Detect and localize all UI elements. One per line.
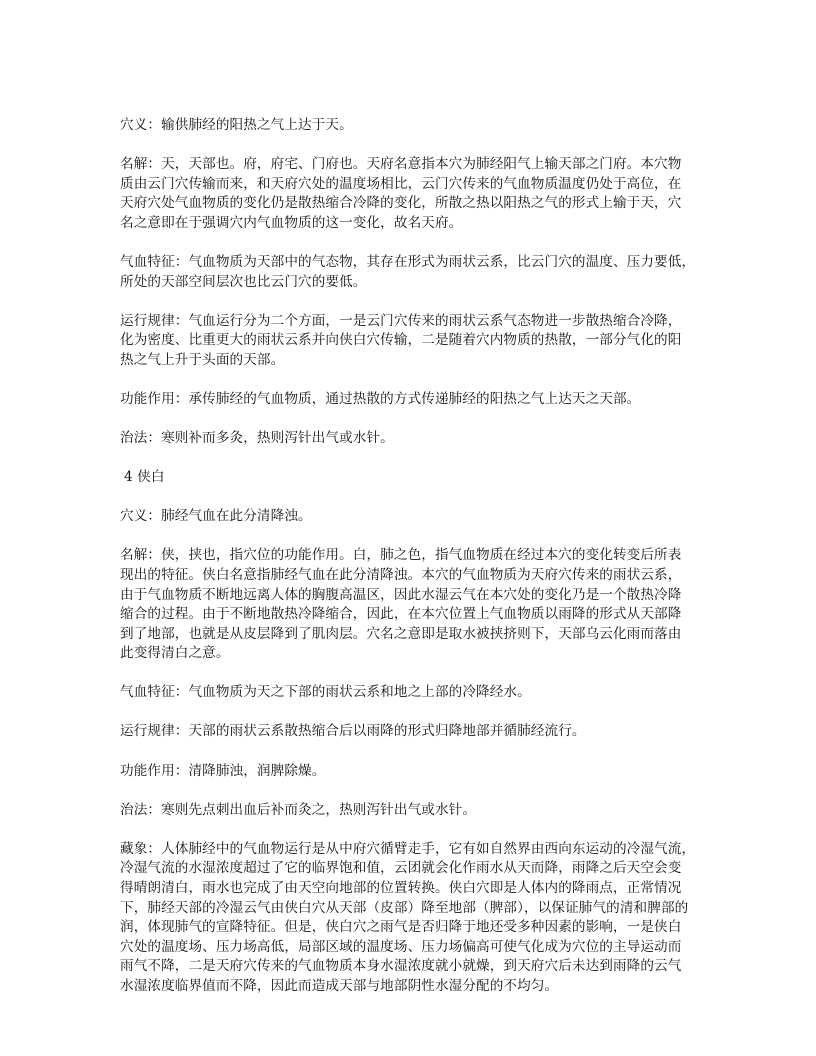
text-line: 此变得清白之意。	[120, 644, 710, 664]
text-line: 气血特征：气血物质为天之下部的雨状云系和地之上部的冷降经水。	[120, 683, 710, 703]
text-line: 功能作用：承传肺经的气血物质，通过热散的方式传递肺经的阳热之气上达天之天部。	[120, 390, 710, 410]
heading-text: 4 侠白	[120, 468, 710, 488]
text-line: 穴义：肺经气血在此分清降浊。	[120, 507, 710, 527]
text-line: 缩合的过程。由于不断地散热冷降缩合，因此，在本穴位置上气血物质以雨降的形式从天部…	[120, 605, 710, 625]
paragraph-gongneng-tianfu: 功能作用：承传肺经的气血物质，通过热散的方式传递肺经的阳热之气上达天之天部。	[120, 390, 710, 410]
text-line: 冷湿气流的水湿浓度超过了它的临界饱和值，云团就会化作雨水从天而降，雨降之后天空会…	[120, 859, 710, 879]
text-line: 润，体现肺气的宣降特征。但是，侠白穴之雨气是否归降于地还受多种因素的影响，一是侠…	[120, 918, 710, 938]
text-line: 现出的特征。侠白名意指肺经气血在此分清降浊。本穴的气血物质为天府穴传来的雨状云系…	[120, 566, 710, 586]
paragraph-xueyi-tianfu: 穴义：输供肺经的阳热之气上达于天。	[120, 116, 710, 136]
text-line: 运行规律：天部的雨状云系散热缩合后以雨降的形式归降地部并循肺经流行。	[120, 722, 710, 742]
paragraph-zhifa-xiabai: 治法：寒则先点刺出血后补而灸之，热则泻针出气或水针。	[120, 801, 710, 821]
text-line: 天府穴处气血物质的变化仍是散热缩合冷降的变化，所散之热以阳热之气的形式上输于天，…	[120, 194, 710, 214]
text-line: 质由云门穴传输而来，和天府穴处的温度场相比，云门穴传来的气血物质温度仍处于高位，…	[120, 175, 710, 195]
text-line: 治法：寒则先点刺出血后补而灸之，热则泻针出气或水针。	[120, 801, 710, 821]
text-line: 化为密度、比重更大的雨状云系并向侠白穴传输，二是随着穴内物质的热散，一部分气化的…	[120, 331, 710, 351]
paragraph-mingjie-tianfu: 名解：天，天部也。府，府宅、门府也。天府名意指本穴为肺经阳气上输天部之门府。本穴…	[120, 155, 710, 233]
document-page: 穴义：输供肺经的阳热之气上达于天。 名解：天，天部也。府，府宅、门府也。天府名意…	[120, 116, 710, 1016]
paragraph-zangxiang-xiabai: 藏象：人体肺经中的气血物运行是从中府穴循臂走手，它有如自然界由西向东运动的冷湿气…	[120, 840, 710, 997]
text-line: 名之意即在于强调穴内气血物质的这一变化，故名天府。	[120, 214, 710, 234]
text-line: 雨气不降，二是天府穴传来的气血物质本身水湿浓度就小就燥，到天府穴后未达到雨降的云…	[120, 957, 710, 977]
text-line: 功能作用：清降肺浊，润脾除燥。	[120, 762, 710, 782]
text-line: 热之气上升于头面的天部。	[120, 351, 710, 371]
text-line: 名解：侠，挟也，指穴位的功能作用。白，肺之色，指气血物质在经过本穴的变化转变后所…	[120, 546, 710, 566]
text-line: 运行规律：气血运行分为二个方面，一是云门穴传来的雨状云系气态物进一步散热缩合冷降…	[120, 312, 710, 332]
text-line: 穴义：输供肺经的阳热之气上达于天。	[120, 116, 710, 136]
paragraph-gongneng-xiabai: 功能作用：清降肺浊，润脾除燥。	[120, 762, 710, 782]
text-line: 治法：寒则补而多灸，热则泻针出气或水针。	[120, 429, 710, 449]
text-line: 气血特征：气血物质为天部中的气态物，其存在形式为雨状云系，比云门穴的温度、压力要…	[120, 253, 710, 273]
text-line: 由于气血物质不断地远离人体的胸腹高温区，因此水湿云气在本穴处的变化乃是一个散热冷…	[120, 586, 710, 606]
section-heading-xiabai: 4 侠白	[120, 468, 710, 488]
text-line: 所处的天部空间层次也比云门穴的要低。	[120, 273, 710, 293]
text-line: 得晴朗清白，雨水也完成了由天空向地部的位置转换。侠白穴即是人体内的降雨点，正常情…	[120, 879, 710, 899]
text-line: 穴处的温度场、压力场高低，局部区域的温度场、压力场偏高可使气化成为穴位的主导运动…	[120, 938, 710, 958]
text-line: 水湿浓度临界值而不降，因此而造成天部与地部阴性水湿分配的不均匀。	[120, 977, 710, 997]
text-line: 名解：天，天部也。府，府宅、门府也。天府名意指本穴为肺经阳气上输天部之门府。本穴…	[120, 155, 710, 175]
paragraph-mingjie-xiabai: 名解：侠，挟也，指穴位的功能作用。白，肺之色，指气血物质在经过本穴的变化转变后所…	[120, 546, 710, 664]
paragraph-qixue-tezheng-tianfu: 气血特征：气血物质为天部中的气态物，其存在形式为雨状云系，比云门穴的温度、压力要…	[120, 253, 710, 292]
paragraph-qixue-tezheng-xiabai: 气血特征：气血物质为天之下部的雨状云系和地之上部的冷降经水。	[120, 683, 710, 703]
paragraph-xueyi-xiabai: 穴义：肺经气血在此分清降浊。	[120, 507, 710, 527]
paragraph-zhifa-tianfu: 治法：寒则补而多灸，热则泻针出气或水针。	[120, 429, 710, 449]
paragraph-yunxing-guilv-tianfu: 运行规律：气血运行分为二个方面，一是云门穴传来的雨状云系气态物进一步散热缩合冷降…	[120, 312, 710, 371]
text-line: 藏象：人体肺经中的气血物运行是从中府穴循臂走手，它有如自然界由西向东运动的冷湿气…	[120, 840, 710, 860]
text-line: 到了地部，也就是从皮层降到了肌肉层。穴名之意即是取水被挟挤则下，天部乌云化雨而落…	[120, 625, 710, 645]
text-line: 下，肺经天部的冷湿云气由侠白穴从天部（皮部）降至地部（脾部），以保证肺气的清和脾…	[120, 899, 710, 919]
paragraph-yunxing-guilv-xiabai: 运行规律：天部的雨状云系散热缩合后以雨降的形式归降地部并循肺经流行。	[120, 722, 710, 742]
